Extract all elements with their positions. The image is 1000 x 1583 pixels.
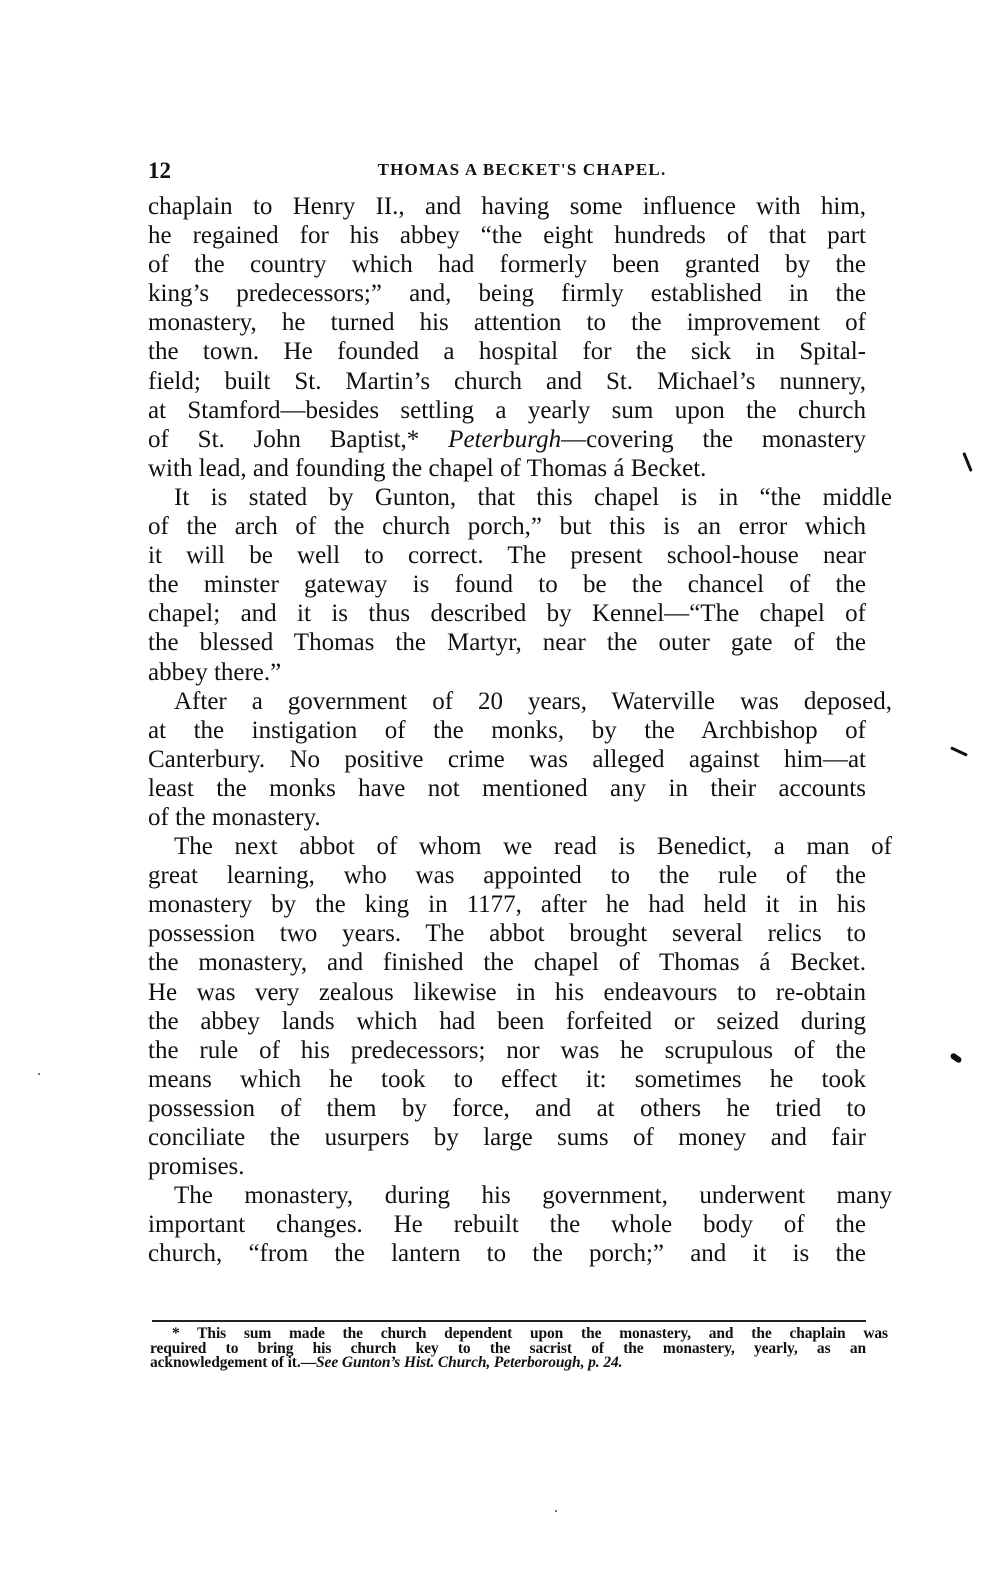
text-line: the monastery, and finished the chapel o… — [148, 948, 866, 977]
text-line: important changes. He rebuilt the whole … — [148, 1210, 866, 1239]
paper-speck — [555, 1510, 557, 1512]
text-line: at Stamford—besides settling a yearly su… — [148, 396, 866, 425]
book-page: 12 THOMAS A BECKET'S CHAPEL. chaplain to… — [0, 0, 1000, 1583]
paragraph-start-line: The next abbot of whom we read is Benedi… — [148, 832, 892, 861]
italic-place-name: Peterburgh — [448, 426, 561, 453]
text-line: the minster gateway is found to be the c… — [148, 570, 866, 599]
text-line: He was very zealous likewise in his ende… — [148, 978, 866, 1007]
paper-speck — [38, 1073, 40, 1075]
footnote-citation: See Gunton’s Hist. Church, Peterborough,… — [316, 1354, 622, 1371]
text-line: with lead, and founding the chapel of Th… — [148, 454, 866, 483]
margin-pencil-mark — [950, 746, 968, 756]
footnote-segment: acknowledgement of it.— — [150, 1354, 316, 1371]
text-segment: —covering the monastery — [561, 426, 866, 453]
text-line: of the monastery. — [148, 803, 866, 832]
running-title: THOMAS A BECKET'S CHAPEL. — [148, 160, 866, 180]
text-line: Canterbury. No positive crime was allege… — [148, 745, 866, 774]
margin-pencil-mark — [962, 452, 972, 472]
text-line: of the arch of the church porch,” but th… — [148, 512, 866, 541]
text-line: monastery, he turned his attention to th… — [148, 308, 866, 337]
text-line: the blessed Thomas the Martyr, near the … — [148, 628, 866, 657]
text-segment: of St. John Baptist,* — [148, 426, 419, 453]
margin-pencil-mark — [949, 1052, 962, 1064]
text-line: the rule of his predecessors; nor was he… — [148, 1036, 866, 1065]
text-line: chapel; and it is thus described by Kenn… — [148, 599, 866, 628]
text-line: monastery by the king in 1177, after he … — [148, 890, 866, 919]
footnote: * This sum made the church dependent upo… — [150, 1327, 866, 1371]
text-line: great learning, who was appointed to the… — [148, 861, 866, 890]
text-line: of St. John Baptist,* Peterburgh—coverin… — [148, 425, 866, 454]
paragraph-start-line: The monastery, during his government, un… — [148, 1181, 892, 1210]
running-head: 12 THOMAS A BECKET'S CHAPEL. — [148, 158, 866, 188]
text-line: abbey there.” — [148, 658, 866, 687]
text-line: means which he took to effect it: someti… — [148, 1065, 866, 1094]
text-line: possession of them by force, and at othe… — [148, 1094, 866, 1123]
footnote-divider — [152, 1320, 866, 1322]
text-line: the town. He founded a hospital for the … — [148, 337, 866, 366]
text-line: he regained for his abbey “the eight hun… — [148, 221, 866, 250]
text-line: at the instigation of the monks, by the … — [148, 716, 866, 745]
text-line: the abbey lands which had been forfeited… — [148, 1007, 866, 1036]
text-line: king’s predecessors;” and, being firmly … — [148, 279, 866, 308]
paragraph-start-line: After a government of 20 years, Watervil… — [148, 687, 892, 716]
body-text: chaplain to Henry II., and having some i… — [148, 192, 866, 1268]
text-line: church, “from the lantern to the porch;”… — [148, 1239, 866, 1268]
text-line: field; built St. Martin’s church and St.… — [148, 367, 866, 396]
text-line: promises. — [148, 1152, 866, 1181]
text-line: it will be well to correct. The present … — [148, 541, 866, 570]
text-line: possession two years. The abbot brought … — [148, 919, 866, 948]
text-line: of the country which had formerly been g… — [148, 250, 866, 279]
text-line: chaplain to Henry II., and having some i… — [148, 192, 866, 221]
footnote-line: acknowledgement of it.—See Gunton’s Hist… — [150, 1356, 866, 1371]
text-line: least the monks have not mentioned any i… — [148, 774, 866, 803]
paragraph-start-line: It is stated by Gunton, that this chapel… — [148, 483, 892, 512]
text-line: conciliate the usurpers by large sums of… — [148, 1123, 866, 1152]
